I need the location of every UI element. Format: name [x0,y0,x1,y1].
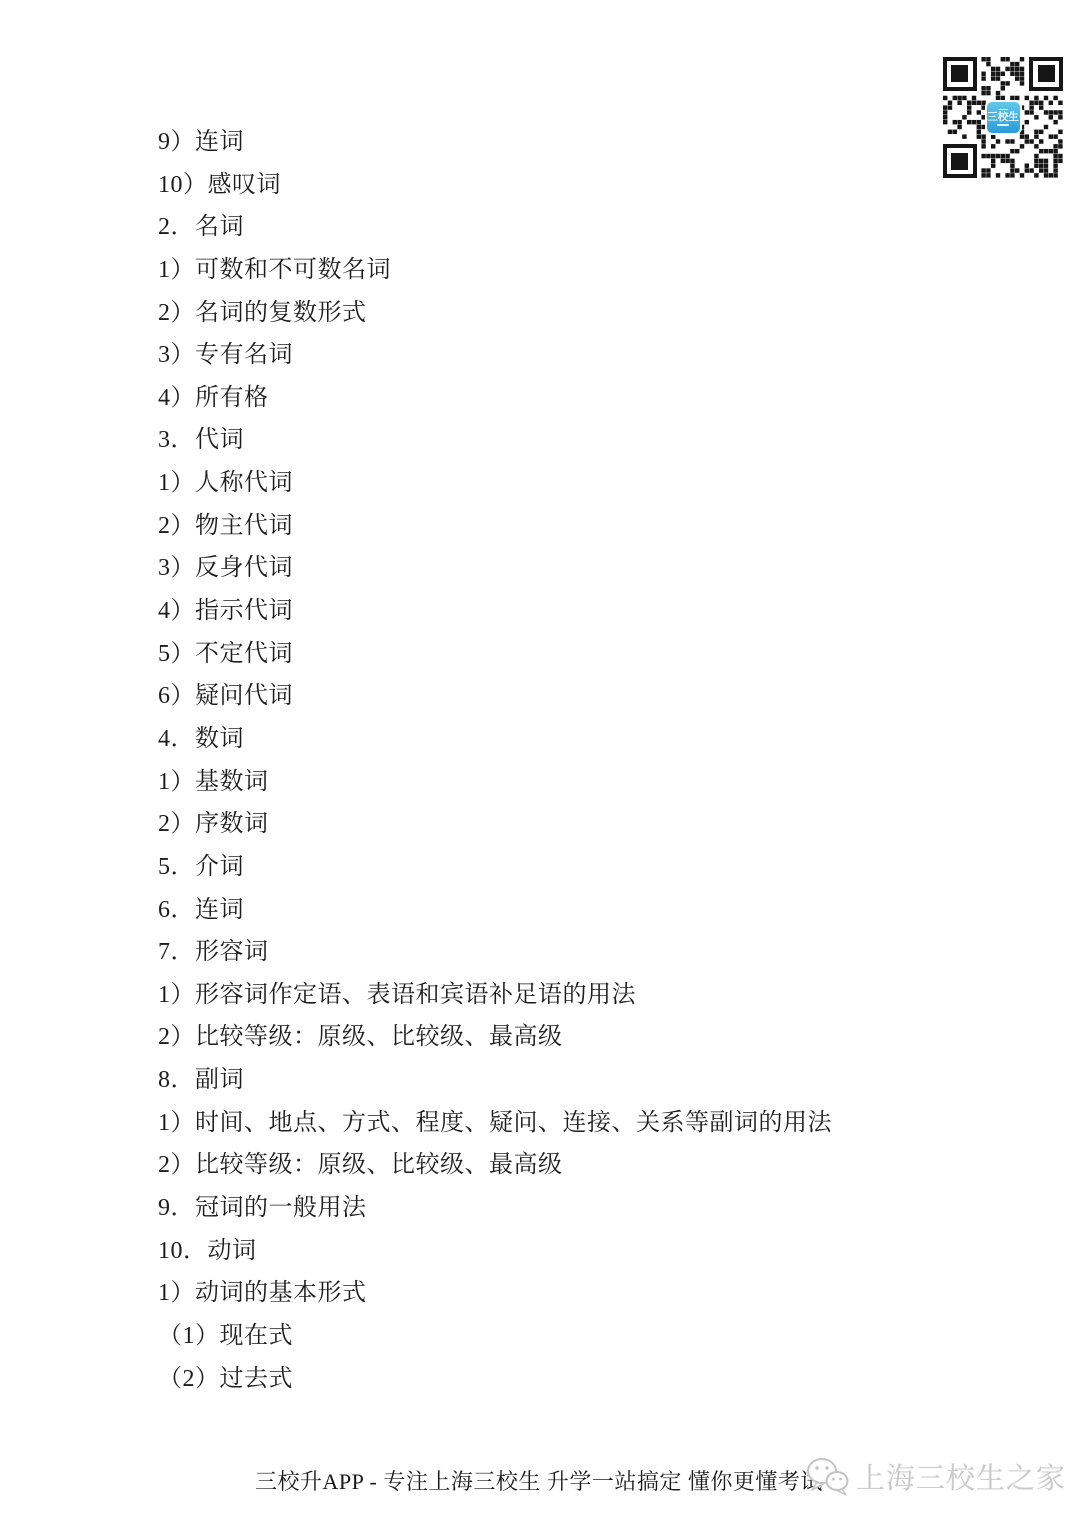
qr-center-logo: 三校生 [985,100,1022,135]
outline-line: 1）基数词 [158,761,948,804]
outline-line: 10）感叹词 [158,164,948,207]
outline-line: 7．形容词 [158,931,948,974]
outline-line: 9．冠词的一般用法 [158,1187,948,1230]
watermark: 上海三校生之家 [804,1454,1066,1498]
footer-text: 三校升APP - 专注上海三校生 升学一站搞定 懂你更懂考试 [255,1465,823,1496]
outline-line: 8．副词 [158,1059,948,1102]
outline-line: 3）专有名词 [158,334,948,377]
outline-line: 1）时间、地点、方式、程度、疑问、连接、关系等副词的用法 [158,1102,948,1145]
watermark-text: 上海三校生之家 [856,1456,1066,1497]
document-page: 三校生 9）连词10）感叹词2．名词1）可数和不可数名词2）名词的复数形式3）专… [0,0,1080,1527]
outline-line: 6）疑问代词 [158,675,948,718]
outline-line: 2）比较等级：原级、比较级、最高级 [158,1144,948,1187]
qr-finder-topleft-icon [943,57,977,91]
outline-line: 4．数词 [158,718,948,761]
outline-line: 2）序数词 [158,803,948,846]
qr-finder-topright-icon [1029,57,1063,91]
outline-line: 1）动词的基本形式 [158,1272,948,1315]
outline-line: 6．连词 [158,889,948,932]
outline-line: 5．介词 [158,846,948,889]
outline-line: （1）现在式 [158,1315,948,1358]
outline-line: 2）比较等级：原级、比较级、最高级 [158,1016,948,1059]
outline-list: 9）连词10）感叹词2．名词1）可数和不可数名词2）名词的复数形式3）专有名词4… [158,121,948,1400]
outline-line: 1）人称代词 [158,462,948,505]
outline-line: 1）形容词作定语、表语和宾语补足语的用法 [158,974,948,1017]
qr-code: 三校生 [943,57,1063,178]
outline-line: 2）物主代词 [158,505,948,548]
outline-line: 3）反身代词 [158,547,948,590]
qr-logo-text: 三校生 [987,112,1019,123]
outline-line: 2．名词 [158,206,948,249]
outline-line: 1）可数和不可数名词 [158,249,948,292]
outline-line: 4）指示代词 [158,590,948,633]
outline-line: 9）连词 [158,121,948,164]
outline-line: 3．代词 [158,419,948,462]
outline-line: 5）不定代词 [158,633,948,676]
qr-logo-decoration [997,124,1009,126]
outline-line: 4）所有格 [158,377,948,420]
outline-line: 2）名词的复数形式 [158,292,948,335]
outline-line: （2）过去式 [158,1358,948,1401]
qr-finder-bottomleft-icon [943,144,977,178]
wechat-icon [804,1454,850,1498]
outline-line: 10．动词 [158,1230,948,1273]
